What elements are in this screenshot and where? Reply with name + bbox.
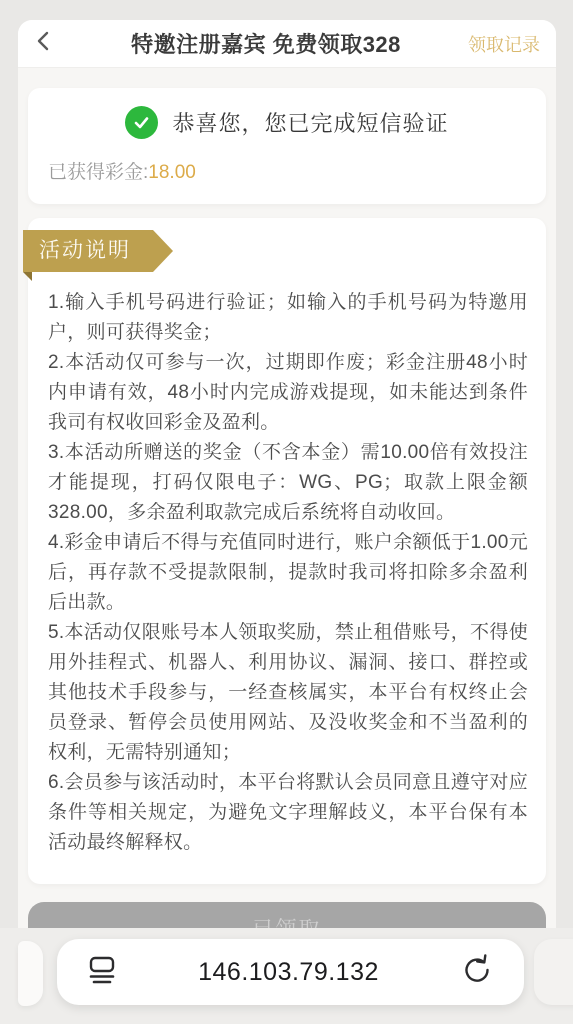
check-circle-icon (125, 106, 158, 139)
rule-item-4: 4.彩金申请后不得与充值同时进行，账户余额低于1.00元后，再存款不受提款限制，… (48, 528, 528, 618)
page-header: 特邀注册嘉宾 免费领取328 领取记录 (18, 20, 556, 68)
url-text[interactable]: 146.103.79.132 (117, 958, 460, 987)
verification-message: 恭喜您，您已完成短信验证 (172, 107, 448, 138)
chevron-left-icon (34, 30, 54, 57)
bonus-row: 已获得彩金:18.00 (48, 157, 526, 184)
back-button[interactable] (34, 29, 64, 59)
reload-icon (460, 952, 494, 993)
bonus-value: 18.00 (148, 162, 196, 183)
activity-rules-ribbon: 活动说明 (23, 230, 173, 272)
rule-item-5: 5.本活动仅限账号本人领取奖励，禁止租借账号，不得使用外挂程式、机器人、利用协议… (48, 618, 528, 768)
ribbon-label: 活动说明 (23, 230, 173, 272)
browser-bottom-bar: 146.103.79.132 (0, 928, 573, 1024)
bonus-label: 已获得彩金: (48, 162, 148, 183)
ribbon-fold (23, 272, 32, 281)
reload-button[interactable] (460, 953, 494, 991)
address-bar[interactable]: 146.103.79.132 (57, 939, 524, 1005)
rule-item-1: 1.输入手机号码进行验证；如输入的手机号码为特邀用户，则可获得奖金； (48, 288, 528, 348)
claim-button[interactable]: 已领取 (28, 902, 546, 928)
rule-item-6: 6.会员参与该活动时，本平台将默认会员同意且遵守对应条件等相关规定，为避免文字理… (48, 768, 528, 858)
claim-history-link[interactable]: 领取记录 (468, 31, 540, 57)
rule-item-2: 2.本活动仅可参与一次，过期即作废；彩金注册48小时内申请有效，48小时内完成游… (48, 348, 528, 438)
promo-page: 特邀注册嘉宾 免费领取328 领取记录 恭喜您，您已完成短信验证 已获得彩金:1… (18, 20, 556, 928)
verification-status-card: 恭喜您，您已完成短信验证 已获得彩金:18.00 (28, 88, 546, 204)
next-tab-edge[interactable] (534, 939, 573, 1005)
previous-tab-edge[interactable] (18, 941, 43, 1006)
activity-rules-card: 活动说明 1.输入手机号码进行验证；如输入的手机号码为特邀用户，则可获得奖金； … (28, 218, 546, 884)
reader-view-icon (88, 955, 116, 990)
phone-screenshot: 特邀注册嘉宾 免费领取328 领取记录 恭喜您，您已完成短信验证 已获得彩金:1… (0, 0, 573, 1024)
page-title: 特邀注册嘉宾 免费领取328 (64, 28, 468, 59)
rules-text: 1.输入手机号码进行验证；如输入的手机号码为特邀用户，则可获得奖金； 2.本活动… (48, 288, 528, 858)
rule-item-3: 3.本活动所赠送的奖金（不含本金）需10.00倍有效投注才能提现，打码仅限电子：… (48, 438, 528, 528)
reader-view-button[interactable] (87, 957, 117, 987)
